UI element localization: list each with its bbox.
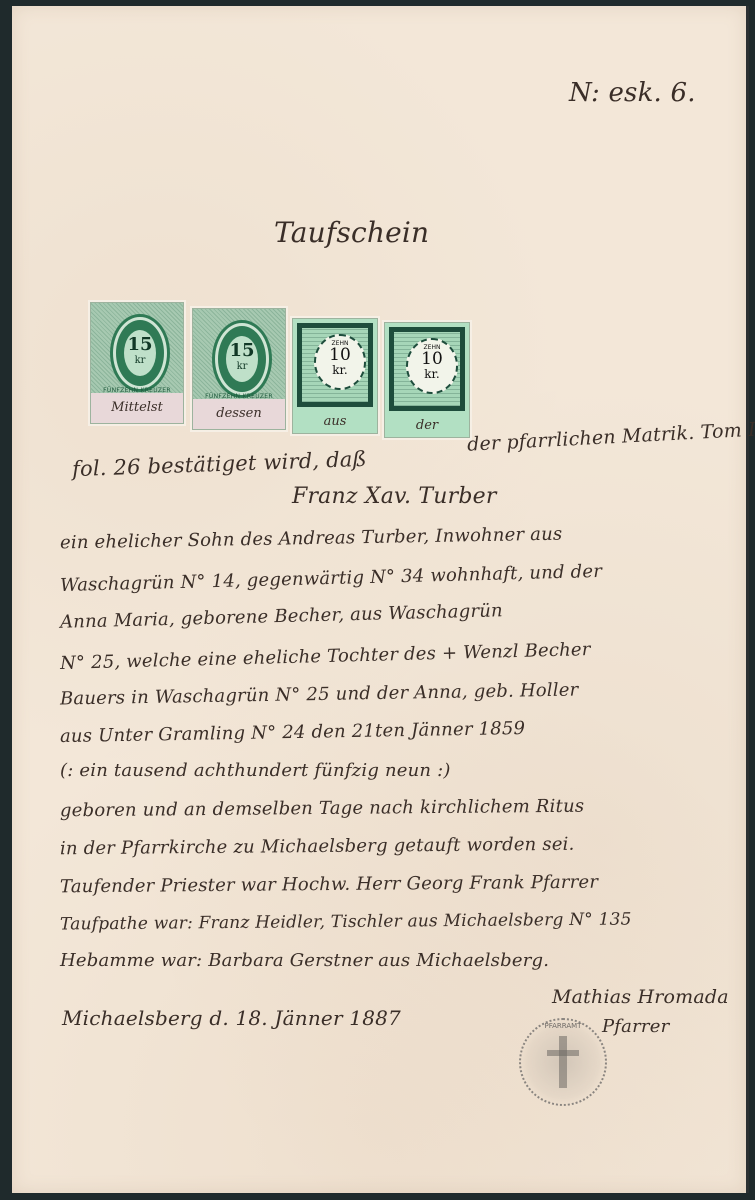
signature-title: Pfarrer (602, 1016, 669, 1037)
body-line: (: ein tausend achthundert fünfzig neun … (60, 760, 451, 781)
stamp-circle: ZEHN 10 kr. (314, 334, 366, 390)
revenue-stamp-15kr-2: 15 kr FÜNFZEHN KREUZER dessen (192, 308, 286, 430)
document-title: Taufschein (274, 216, 429, 249)
revenue-stamp-10kr-1: ZEHN 10 kr. aus (292, 318, 378, 434)
body-line: Hebamme war: Barbara Gerstner aus Michae… (60, 950, 549, 971)
body-line: geboren und an demselben Tage nach kirch… (60, 796, 584, 822)
body-line: N° 25, welche eine eheliche Tochter des … (60, 639, 591, 674)
place-date: Michaelsberg d. 18. Jänner 1887 (62, 1006, 401, 1030)
stamp-oval: 15 kr (215, 323, 269, 395)
body-line: Taufpathe war: Franz Heidler, Tischler a… (60, 910, 632, 935)
stamp-oval: 15 kr (113, 317, 167, 389)
body-line: Waschagrün N° 14, gegenwärtig N° 34 wohn… (60, 561, 602, 596)
revenue-stamp-15kr-1: 15 kr FÜNFZEHN KREUZER Mittelst (90, 302, 184, 424)
body-line: Taufender Priester war Hochw. Herr Georg… (60, 872, 598, 898)
baptized-name: Franz Xav. Turber (292, 484, 497, 509)
body-line: Anna Maria, geborene Becher, aus Waschag… (60, 600, 503, 633)
stamp-cancellation: Mittelst (91, 393, 183, 423)
body-line: ein ehelicher Sohn des Andreas Turber, I… (60, 524, 563, 554)
revenue-stamp-10kr-2: ZEHN 10 kr. der (384, 322, 470, 438)
document-page: N: esk. 6. Taufschein 15 kr FÜNFZEHN KRE… (12, 6, 749, 1193)
body-line: fol. 26 bestätiget wird, daß (72, 447, 367, 481)
stamp-cancellation: der (385, 418, 469, 433)
body-line: aus Unter Gramling N° 24 den 21ten Jänne… (60, 718, 525, 747)
signature-name: Mathias Hromada (552, 986, 729, 1008)
parish-seal: PFARRAMT (519, 1018, 607, 1106)
reference-number: N: esk. 6. (569, 78, 696, 108)
body-line: Bauers in Waschagrün N° 25 und der Anna,… (60, 679, 579, 709)
body-line: der pfarrlichen Matrik. Tom II (467, 418, 755, 455)
body-line: in der Pfarrkirche zu Michaelsberg getau… (60, 834, 575, 859)
stamp-circle: ZEHN 10 kr. (406, 338, 458, 394)
stamp-cancellation: aus (293, 414, 377, 429)
cross-icon (559, 1036, 567, 1088)
stamp-cancellation: dessen (193, 399, 285, 429)
